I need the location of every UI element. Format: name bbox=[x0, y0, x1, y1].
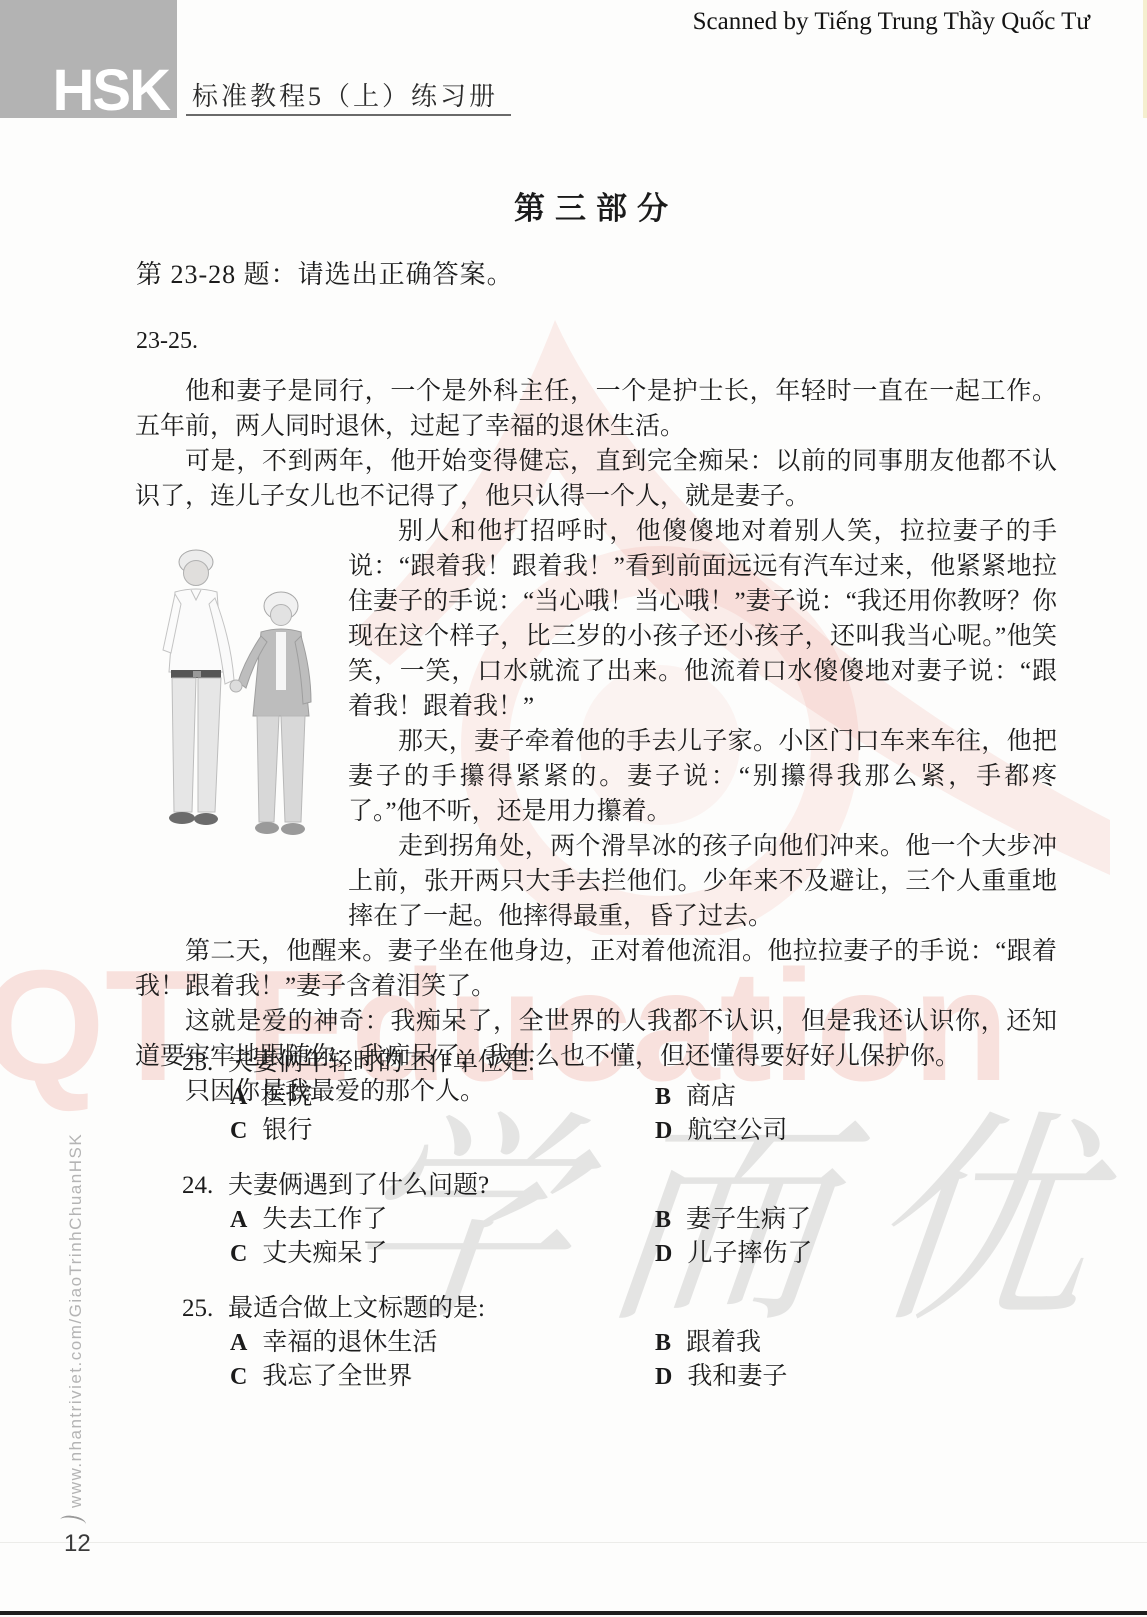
option-text: 医院 bbox=[262, 1083, 312, 1110]
paragraph-text: 别人和他打招呼时，他傻傻地对着别人笑，拉拉妻子的手说：“跟着我！跟着我！”看到前… bbox=[348, 518, 1057, 720]
passage-paragraph: 第二天，他醒来。妻子坐在他身边，正对着他流泪。他拉拉妻子的手说：“跟着我！跟着我… bbox=[135, 934, 1057, 1004]
hsk-logo: HSK bbox=[53, 62, 169, 120]
option-letter: C bbox=[230, 1364, 247, 1390]
question-number: 24. bbox=[182, 1169, 228, 1203]
option-text: 失去工作了 bbox=[262, 1206, 387, 1233]
paragraph-text: 他和妻子是同行，一个是外科主任，一个是护士长，年轻时一直在一起工作。五年前，两人… bbox=[135, 378, 1057, 440]
question-text: 最适合做上文标题的是: bbox=[228, 1295, 485, 1322]
passage-range-label: 23-25. bbox=[136, 328, 198, 355]
section-title: 第三部分 bbox=[135, 183, 1057, 228]
question-23: 23.夫妻俩年轻时的工作单位是: A医院 B商店 C银行 D航空公司 bbox=[182, 1046, 1060, 1148]
paragraph-text: 第二天，他醒来。妻子坐在他身边，正对着他流泪。他拉拉妻子的手说：“跟着我！跟着我… bbox=[135, 938, 1057, 1000]
option-25-A: A幸福的退休生活 bbox=[230, 1326, 655, 1360]
option-24-B: B妻子生病了 bbox=[655, 1203, 1060, 1237]
scanned-page: QT Education 学而优 Scanned by Tiếng Trung … bbox=[0, 0, 1147, 1617]
option-letter: D bbox=[655, 1118, 672, 1144]
option-25-D: D我和妻子 bbox=[655, 1360, 1060, 1394]
option-text: 妻子生病了 bbox=[686, 1206, 811, 1233]
option-text: 跟着我 bbox=[686, 1329, 761, 1356]
option-letter: B bbox=[655, 1330, 671, 1356]
scan-credit: Scanned by Tiếng Trung Thầy Quốc Tư bbox=[693, 8, 1090, 36]
option-text: 我和妻子 bbox=[687, 1363, 787, 1390]
book-title: 标准教程5（上）练习册 bbox=[192, 76, 498, 113]
options-grid: A医院 B商店 C银行 D航空公司 bbox=[230, 1080, 1060, 1148]
question-text: 夫妻俩年轻时的工作单位是: bbox=[228, 1049, 535, 1076]
paragraph-text: 可是，不到两年，他开始变得健忘，直到完全痴呆：以前的同事朋友他都不认识了，连儿子… bbox=[135, 448, 1057, 510]
option-letter: C bbox=[230, 1118, 247, 1144]
question-number: 23. bbox=[182, 1046, 228, 1080]
options-grid: A失去工作了 B妻子生病了 C丈夫痴呆了 D儿子摔伤了 bbox=[230, 1203, 1060, 1271]
page-number: 12 bbox=[64, 1530, 91, 1558]
scan-pen-mark bbox=[59, 1514, 87, 1530]
option-25-B: B跟着我 bbox=[655, 1326, 1060, 1360]
option-text: 儿子摔伤了 bbox=[687, 1240, 812, 1267]
option-24-A: A失去工作了 bbox=[230, 1203, 655, 1237]
passage-paragraph: 他和妻子是同行，一个是外科主任，一个是护士长，年轻时一直在一起工作。五年前，两人… bbox=[135, 374, 1057, 444]
option-23-A: A医院 bbox=[230, 1080, 655, 1114]
question-text: 夫妻俩遇到了什么问题? bbox=[228, 1172, 489, 1199]
option-text: 航空公司 bbox=[687, 1117, 787, 1144]
question-25: 25.最适合做上文标题的是: A幸福的退休生活 B跟着我 C我忘了全世界 D我和… bbox=[182, 1292, 1060, 1394]
question-stem: 23.夫妻俩年轻时的工作单位是: bbox=[182, 1046, 1060, 1080]
footer-faint-line bbox=[0, 1542, 1147, 1543]
bottom-scan-bar bbox=[0, 1611, 1147, 1615]
option-text: 丈夫痴呆了 bbox=[262, 1240, 387, 1267]
option-text: 银行 bbox=[262, 1117, 312, 1144]
option-letter: B bbox=[655, 1207, 671, 1233]
question-24: 24.夫妻俩遇到了什么问题? A失去工作了 B妻子生病了 C丈夫痴呆了 D儿子摔… bbox=[182, 1169, 1060, 1271]
option-letter: D bbox=[655, 1364, 672, 1390]
hsk-logo-block: HSK bbox=[0, 0, 177, 118]
option-23-B: B商店 bbox=[655, 1080, 1060, 1114]
options-grid: A幸福的退休生活 B跟着我 C我忘了全世界 D我和妻子 bbox=[230, 1326, 1060, 1394]
option-letter: A bbox=[230, 1330, 247, 1356]
page-edge-strip bbox=[1143, 0, 1147, 118]
option-text: 我忘了全世界 bbox=[262, 1363, 412, 1390]
option-23-C: C银行 bbox=[230, 1114, 655, 1148]
question-number: 25. bbox=[182, 1292, 228, 1326]
option-25-C: C我忘了全世界 bbox=[230, 1360, 655, 1394]
option-letter: B bbox=[655, 1084, 671, 1110]
elderly-couple-photo bbox=[135, 514, 348, 900]
paragraph-text: 走到拐角处，两个滑旱冰的孩子向他们冲来。他一个大步冲上前，张开两只大手去拦他们。… bbox=[348, 833, 1057, 930]
question-stem: 24.夫妻俩遇到了什么问题? bbox=[182, 1169, 1060, 1203]
option-24-C: C丈夫痴呆了 bbox=[230, 1237, 655, 1271]
paragraph-text: 那天，妻子牵着他的手去儿子家。小区门口车来车往，他把妻子的手攥得紧紧的。妻子说：… bbox=[348, 728, 1057, 825]
passage-paragraph: 可是，不到两年，他开始变得健忘，直到完全痴呆：以前的同事朋友他都不认识了，连儿子… bbox=[135, 444, 1057, 514]
option-text: 商店 bbox=[686, 1083, 736, 1110]
question-stem: 25.最适合做上文标题的是: bbox=[182, 1292, 1060, 1326]
section-instructions: 第 23-28 题：请选出正确答案。 bbox=[136, 254, 514, 291]
option-letter: C bbox=[230, 1241, 247, 1267]
question-list: 23.夫妻俩年轻时的工作单位是: A医院 B商店 C银行 D航空公司 24.夫妻… bbox=[182, 1046, 1060, 1415]
option-letter: A bbox=[230, 1207, 247, 1233]
passage-paragraph: 别人和他打招呼时，他傻傻地对着别人笑，拉拉妻子的手说：“跟着我！跟着我！”看到前… bbox=[135, 514, 1057, 724]
option-24-D: D儿子摔伤了 bbox=[655, 1237, 1060, 1271]
reading-passage: 他和妻子是同行，一个是外科主任，一个是护士长，年轻时一直在一起工作。五年前，两人… bbox=[135, 374, 1057, 1109]
publisher-url-vertical: www.nhantriviet.com/GiaoTrinhChuanHSK bbox=[66, 1133, 86, 1508]
option-23-D: D航空公司 bbox=[655, 1114, 1060, 1148]
option-text: 幸福的退休生活 bbox=[262, 1329, 437, 1356]
option-letter: D bbox=[655, 1241, 672, 1267]
option-letter: A bbox=[230, 1084, 247, 1110]
header-rule bbox=[186, 114, 511, 116]
